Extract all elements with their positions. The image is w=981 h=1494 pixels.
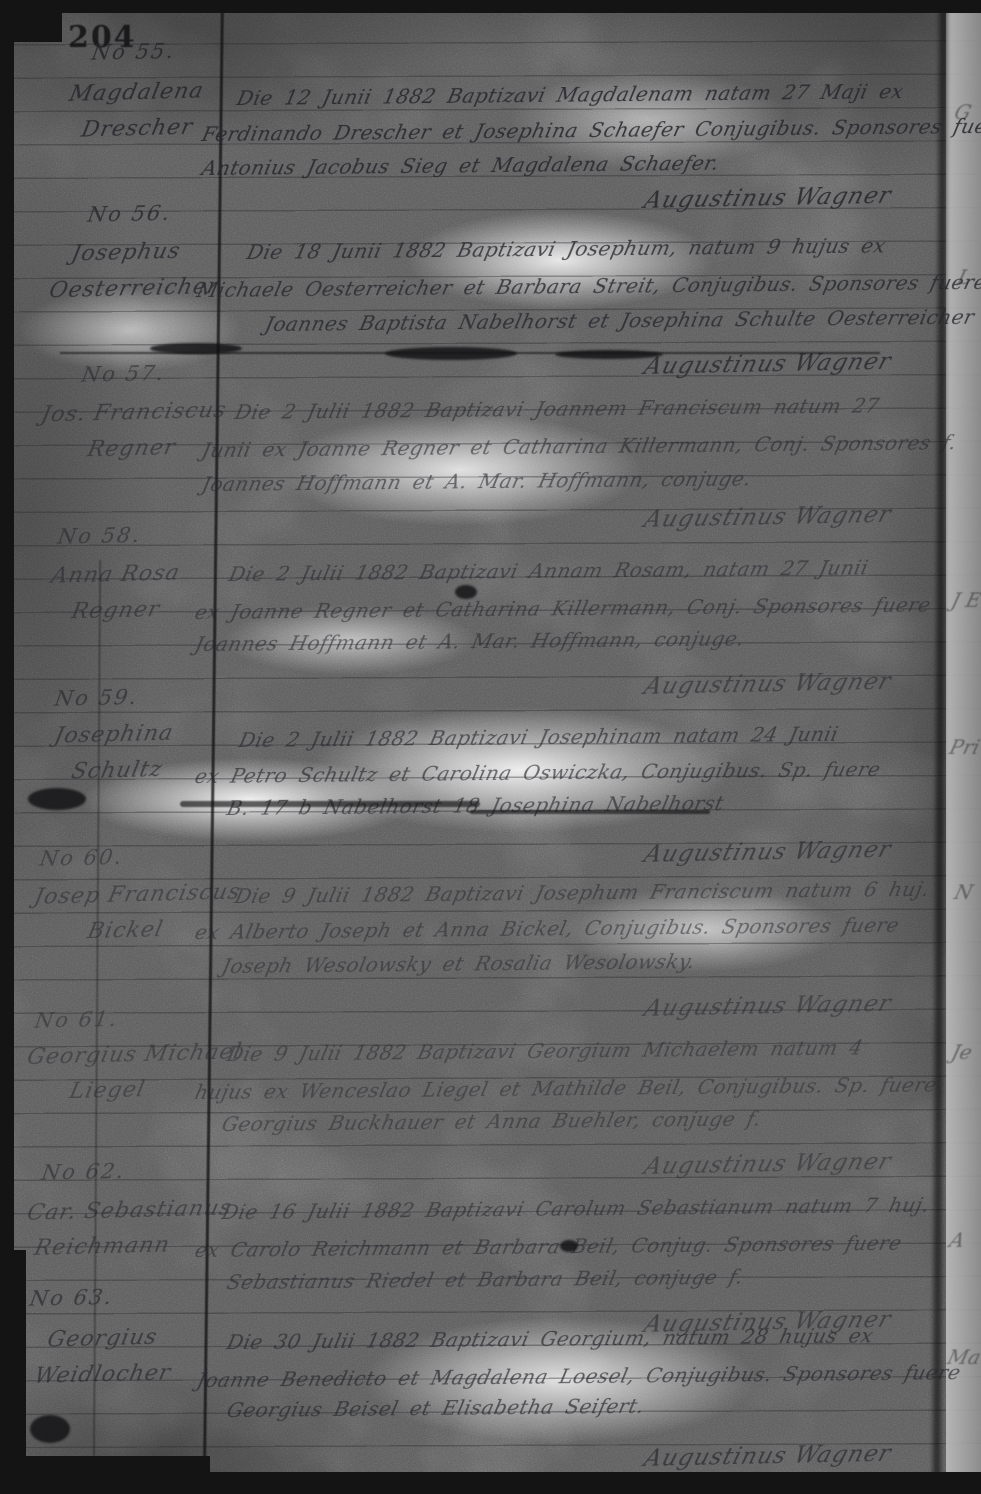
entry-63: No 63. Georgius Weidlocher Die 30 Julii …: [0, 0, 981, 1494]
cross-out-line: [470, 810, 710, 814]
ink-blot: [30, 1415, 70, 1443]
entry-number: No 63.: [28, 1285, 115, 1311]
ink-blot: [455, 585, 477, 599]
ink-blot: [560, 1240, 578, 1252]
scan-border-top: [0, 0, 981, 13]
entry-body-line: Joanne Benedicto et Magdalena Loesel, Co…: [195, 1360, 963, 1392]
priest-signature: Augustinus Wagner: [555, 1441, 894, 1474]
cross-out-line: [180, 801, 480, 807]
entry-body-line: Georgius Beisel et Elisabetha Seifert.: [225, 1394, 647, 1422]
entry-name: Georgius: [45, 1325, 160, 1353]
scan-border-corner-tl: [0, 0, 62, 42]
scan-border-bottom-left-band: [0, 1456, 210, 1494]
entry-body-line: Die 30 Julii 1882 Baptizavi Georgium, na…: [225, 1323, 876, 1354]
ink-smear: [28, 788, 86, 810]
cross-out-line: [60, 352, 880, 354]
entry-name: Weidlocher: [32, 1360, 173, 1389]
register-scan-page: G L J E Pri N Je A Ma 204 No 55. Magdale…: [0, 0, 981, 1494]
